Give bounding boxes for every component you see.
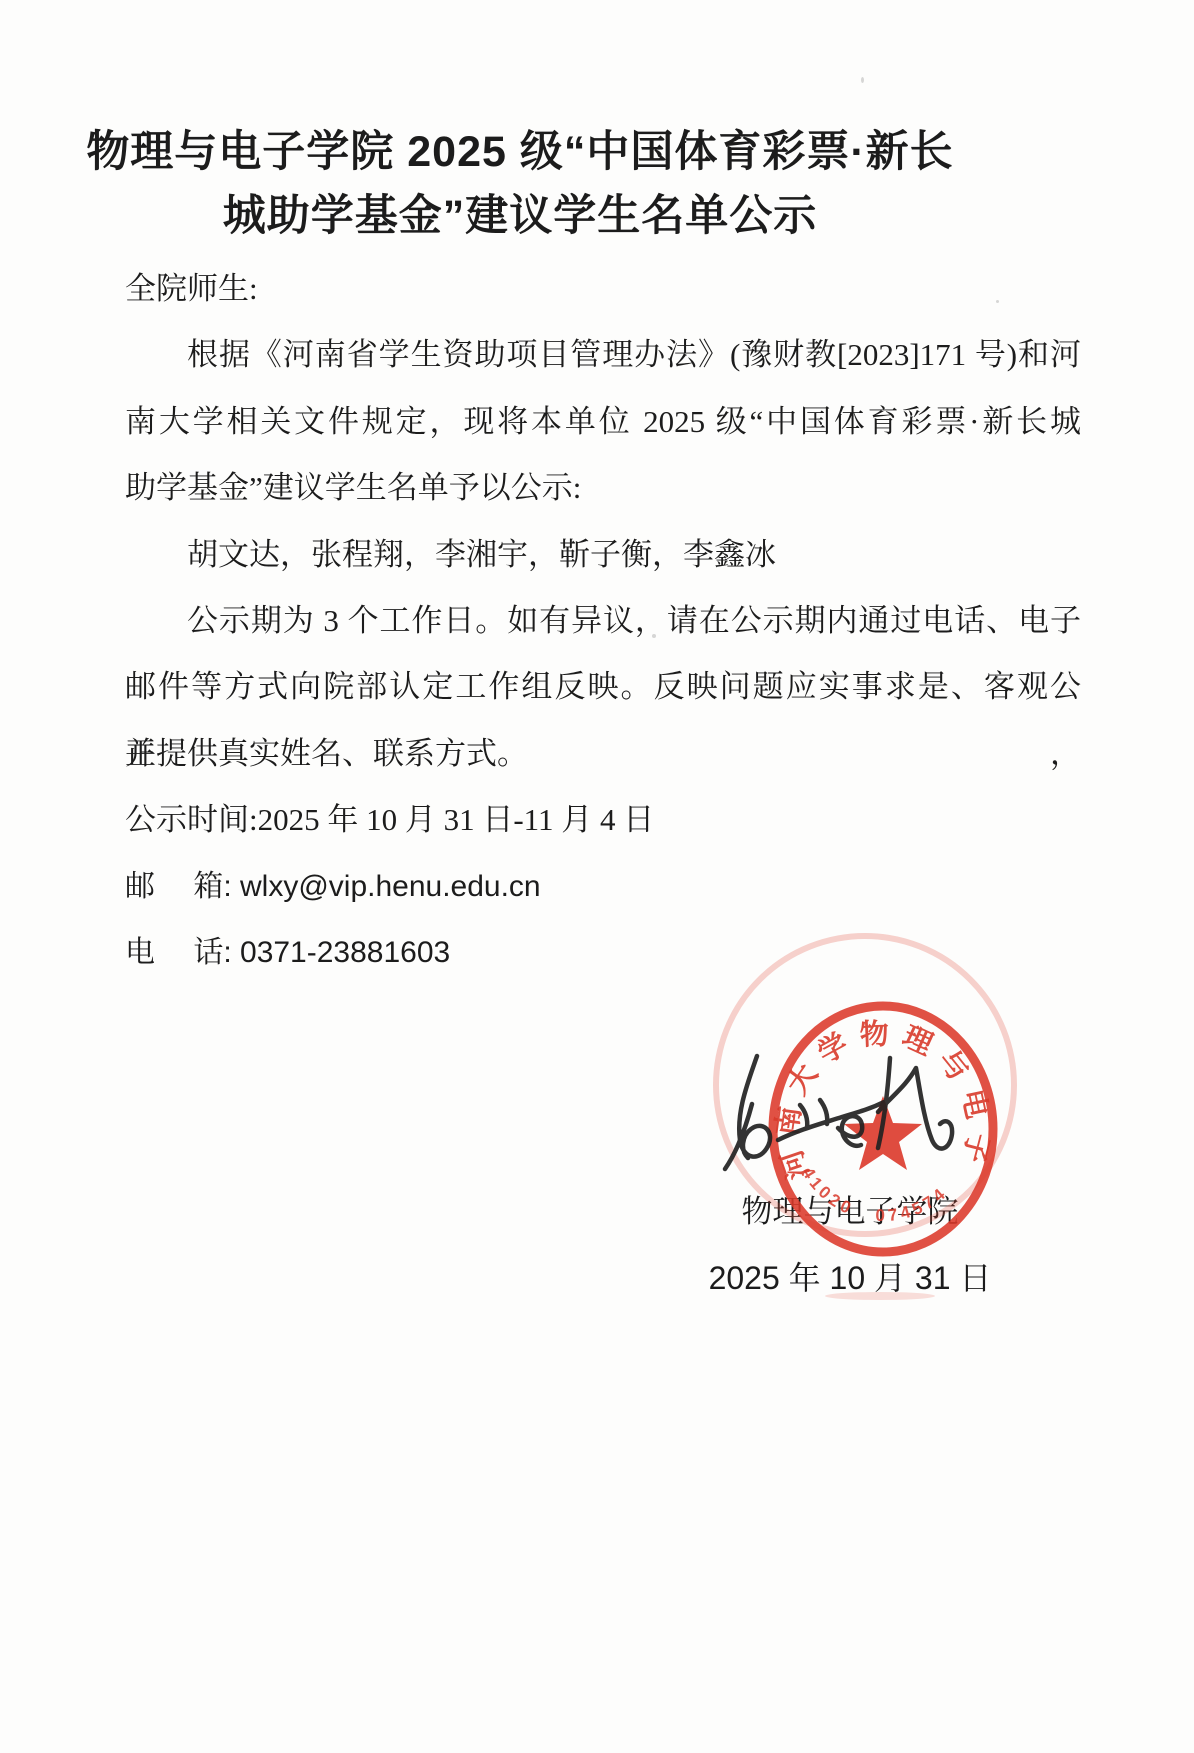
star-icon — [844, 1096, 922, 1170]
body-line-salutation: 全院师生: — [125, 256, 1081, 322]
body-line-phone: 电 话: 0371-23881603 — [125, 920, 1081, 986]
body-line-email: 邮 箱: wlxy@vip.henu.edu.cn — [125, 854, 1081, 920]
handwritten-signature — [725, 1056, 952, 1169]
notice-title-line-2: 城助学基金”建议学生名单公示 — [25, 184, 1015, 248]
body-line: 公示期为 3 个工作日。如有异议，请在公示期内通过电话、电子 — [125, 588, 1081, 654]
notice-date: 2025 年 10 月 31 日 — [640, 1256, 1060, 1300]
scan-speck — [652, 634, 656, 638]
department-name: 物理与电子学院 — [640, 1190, 1060, 1234]
notice-title-line-1: 物理与电子学院 2025 级“中国体育彩票·新长 — [25, 120, 1015, 184]
body-line: 南大学相关文件规定，现将本单位 2025 级“中国体育彩票·新长城 — [125, 389, 1081, 455]
notice-body: 全院师生: 根据《河南省学生资助项目管理办法》(豫财教[2023]171 号)和… — [125, 256, 1081, 986]
scan-speck — [996, 300, 999, 303]
notice-title: 物理与电子学院 2025 级“中国体育彩票·新长 城助学基金”建议学生名单公示 — [25, 120, 1015, 248]
body-line-student-names: 胡文达，张程翔，李湘宇，靳子衡，李鑫冰 — [125, 522, 1081, 588]
body-line-publicity-period: 公示时间:2025 年 10 月 31 日-11 月 4 日 — [125, 787, 1081, 853]
body-line: 助学基金”建议学生名单予以公示: — [125, 455, 1081, 521]
scan-speck — [861, 77, 864, 83]
scanned-notice-page: 物理与电子学院 2025 级“中国体育彩票·新长 城助学基金”建议学生名单公示 … — [0, 0, 1194, 1753]
body-line: 邮件等方式向院部认定工作组反映。反映问题应实事求是、客观公正， — [125, 654, 1081, 720]
body-line: 根据《河南省学生资助项目管理办法》(豫财教[2023]171 号)和河 — [125, 322, 1081, 388]
